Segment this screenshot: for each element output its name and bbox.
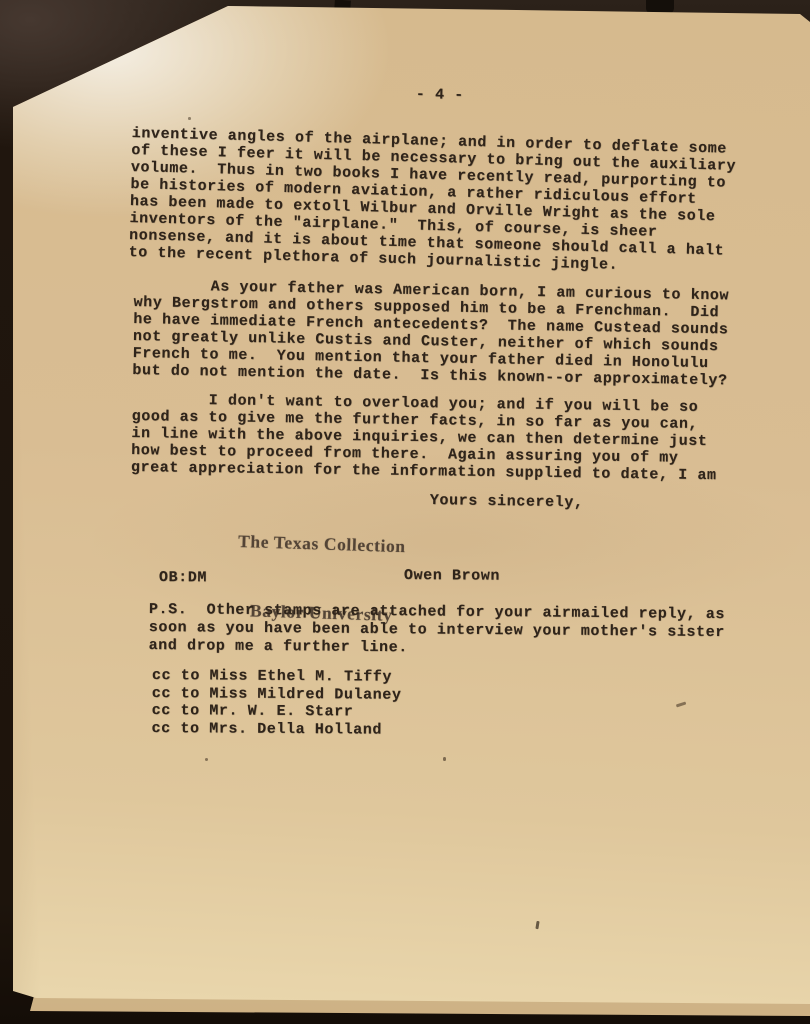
body-paragraph-father-questions: As your father was American born, I am c… <box>132 277 729 389</box>
letter-page: - 4 - inventive angles of the airplane; … <box>0 0 810 1024</box>
ink-speck <box>443 757 446 761</box>
ink-speck <box>205 758 208 761</box>
ink-speck <box>188 117 191 120</box>
cc-list: cc to Miss Ethel M. Tiffy cc to Miss Mil… <box>152 667 402 739</box>
closing-salutation: Yours sincerely, <box>430 492 584 511</box>
body-paragraph-continuation: inventive angles of the airplane; and in… <box>128 125 736 277</box>
body-paragraph-closing-request: I don't want to overload you; and if you… <box>131 391 718 484</box>
typist-initials: OB:DM <box>159 569 207 586</box>
ink-speck <box>535 921 539 929</box>
scanned-letter-photo: - 4 - inventive angles of the airplane; … <box>0 0 810 1024</box>
page-number: - 4 - <box>416 86 464 104</box>
signature-name: Owen Brown <box>404 567 500 585</box>
postscript: P.S. Other stamps are attached for your … <box>149 601 726 660</box>
stamp-line-1: The Texas Collection <box>238 530 406 558</box>
background-shadow <box>646 0 674 14</box>
ink-speck <box>676 702 686 707</box>
